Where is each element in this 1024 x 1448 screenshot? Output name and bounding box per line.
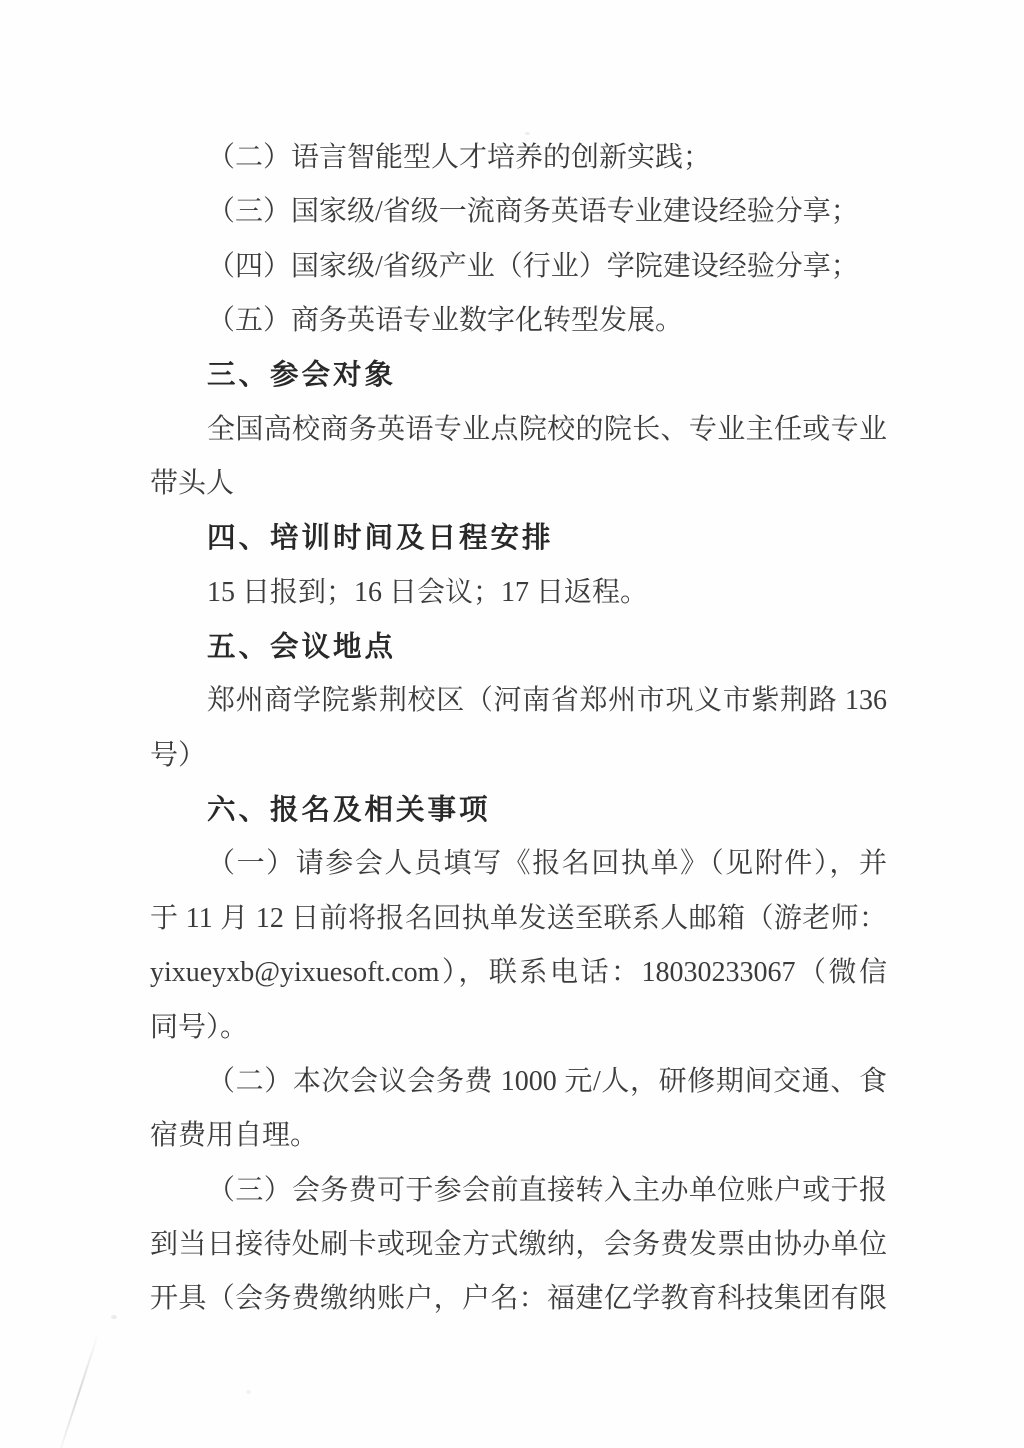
text-line: 15 日报到；16 日会议；17 日返程。 — [150, 566, 887, 620]
scan-speck — [111, 1315, 117, 1319]
document-page: （二）语言智能型人才培养的创新实践；（三）国家级/省级一流商务英语专业建设经验分… — [0, 0, 1024, 1448]
section-heading: 五、会议地点 — [150, 620, 887, 674]
text-line: 宿费用自理。 — [150, 1109, 887, 1163]
text-line: 到当日接待处刷卡或现金方式缴纳，会务费发票由协办单位 — [150, 1218, 887, 1272]
text-line: 开具（会务费缴纳账户，户名：福建亿学教育科技集团有限 — [150, 1272, 887, 1326]
scan-speck — [246, 1390, 251, 1394]
scan-speck — [525, 132, 530, 135]
text-line: （四）国家级/省级产业（行业）学院建设经验分享； — [150, 240, 887, 294]
text-line: 于 11 月 12 日前将报名回执单发送至联系人邮箱（游老师： — [150, 892, 887, 946]
text-line: yixueyxb@yixuesoft.com），联系电话：18030233067… — [150, 946, 887, 1000]
text-line: 全国高校商务英语专业点院校的院长、专业主任或专业 — [150, 403, 887, 457]
scan-streak-artifact — [59, 1333, 100, 1448]
section-heading: 三、参会对象 — [150, 348, 887, 402]
document-body: （二）语言智能型人才培养的创新实践；（三）国家级/省级一流商务英语专业建设经验分… — [150, 131, 887, 1327]
section-heading: 四、培训时间及日程安排 — [150, 511, 887, 565]
text-line: （五）商务英语专业数字化转型发展。 — [150, 294, 887, 348]
text-line: （二）语言智能型人才培养的创新实践； — [150, 131, 887, 185]
text-line: 号） — [150, 729, 887, 783]
text-line: （一）请参会人员填写《报名回执单》（见附件），并 — [150, 837, 887, 891]
text-line: 郑州商学院紫荆校区（河南省郑州市巩义市紫荆路 136 — [150, 674, 887, 728]
text-line: （二）本次会议会务费 1000 元/人，研修期间交通、食 — [150, 1055, 887, 1109]
text-line: （三）会务费可于参会前直接转入主办单位账户或于报 — [150, 1164, 887, 1218]
text-line: 带头人 — [150, 457, 887, 511]
section-heading: 六、报名及相关事项 — [150, 783, 887, 837]
text-line: 同号）。 — [150, 1001, 887, 1055]
text-line: （三）国家级/省级一流商务英语专业建设经验分享； — [150, 185, 887, 239]
